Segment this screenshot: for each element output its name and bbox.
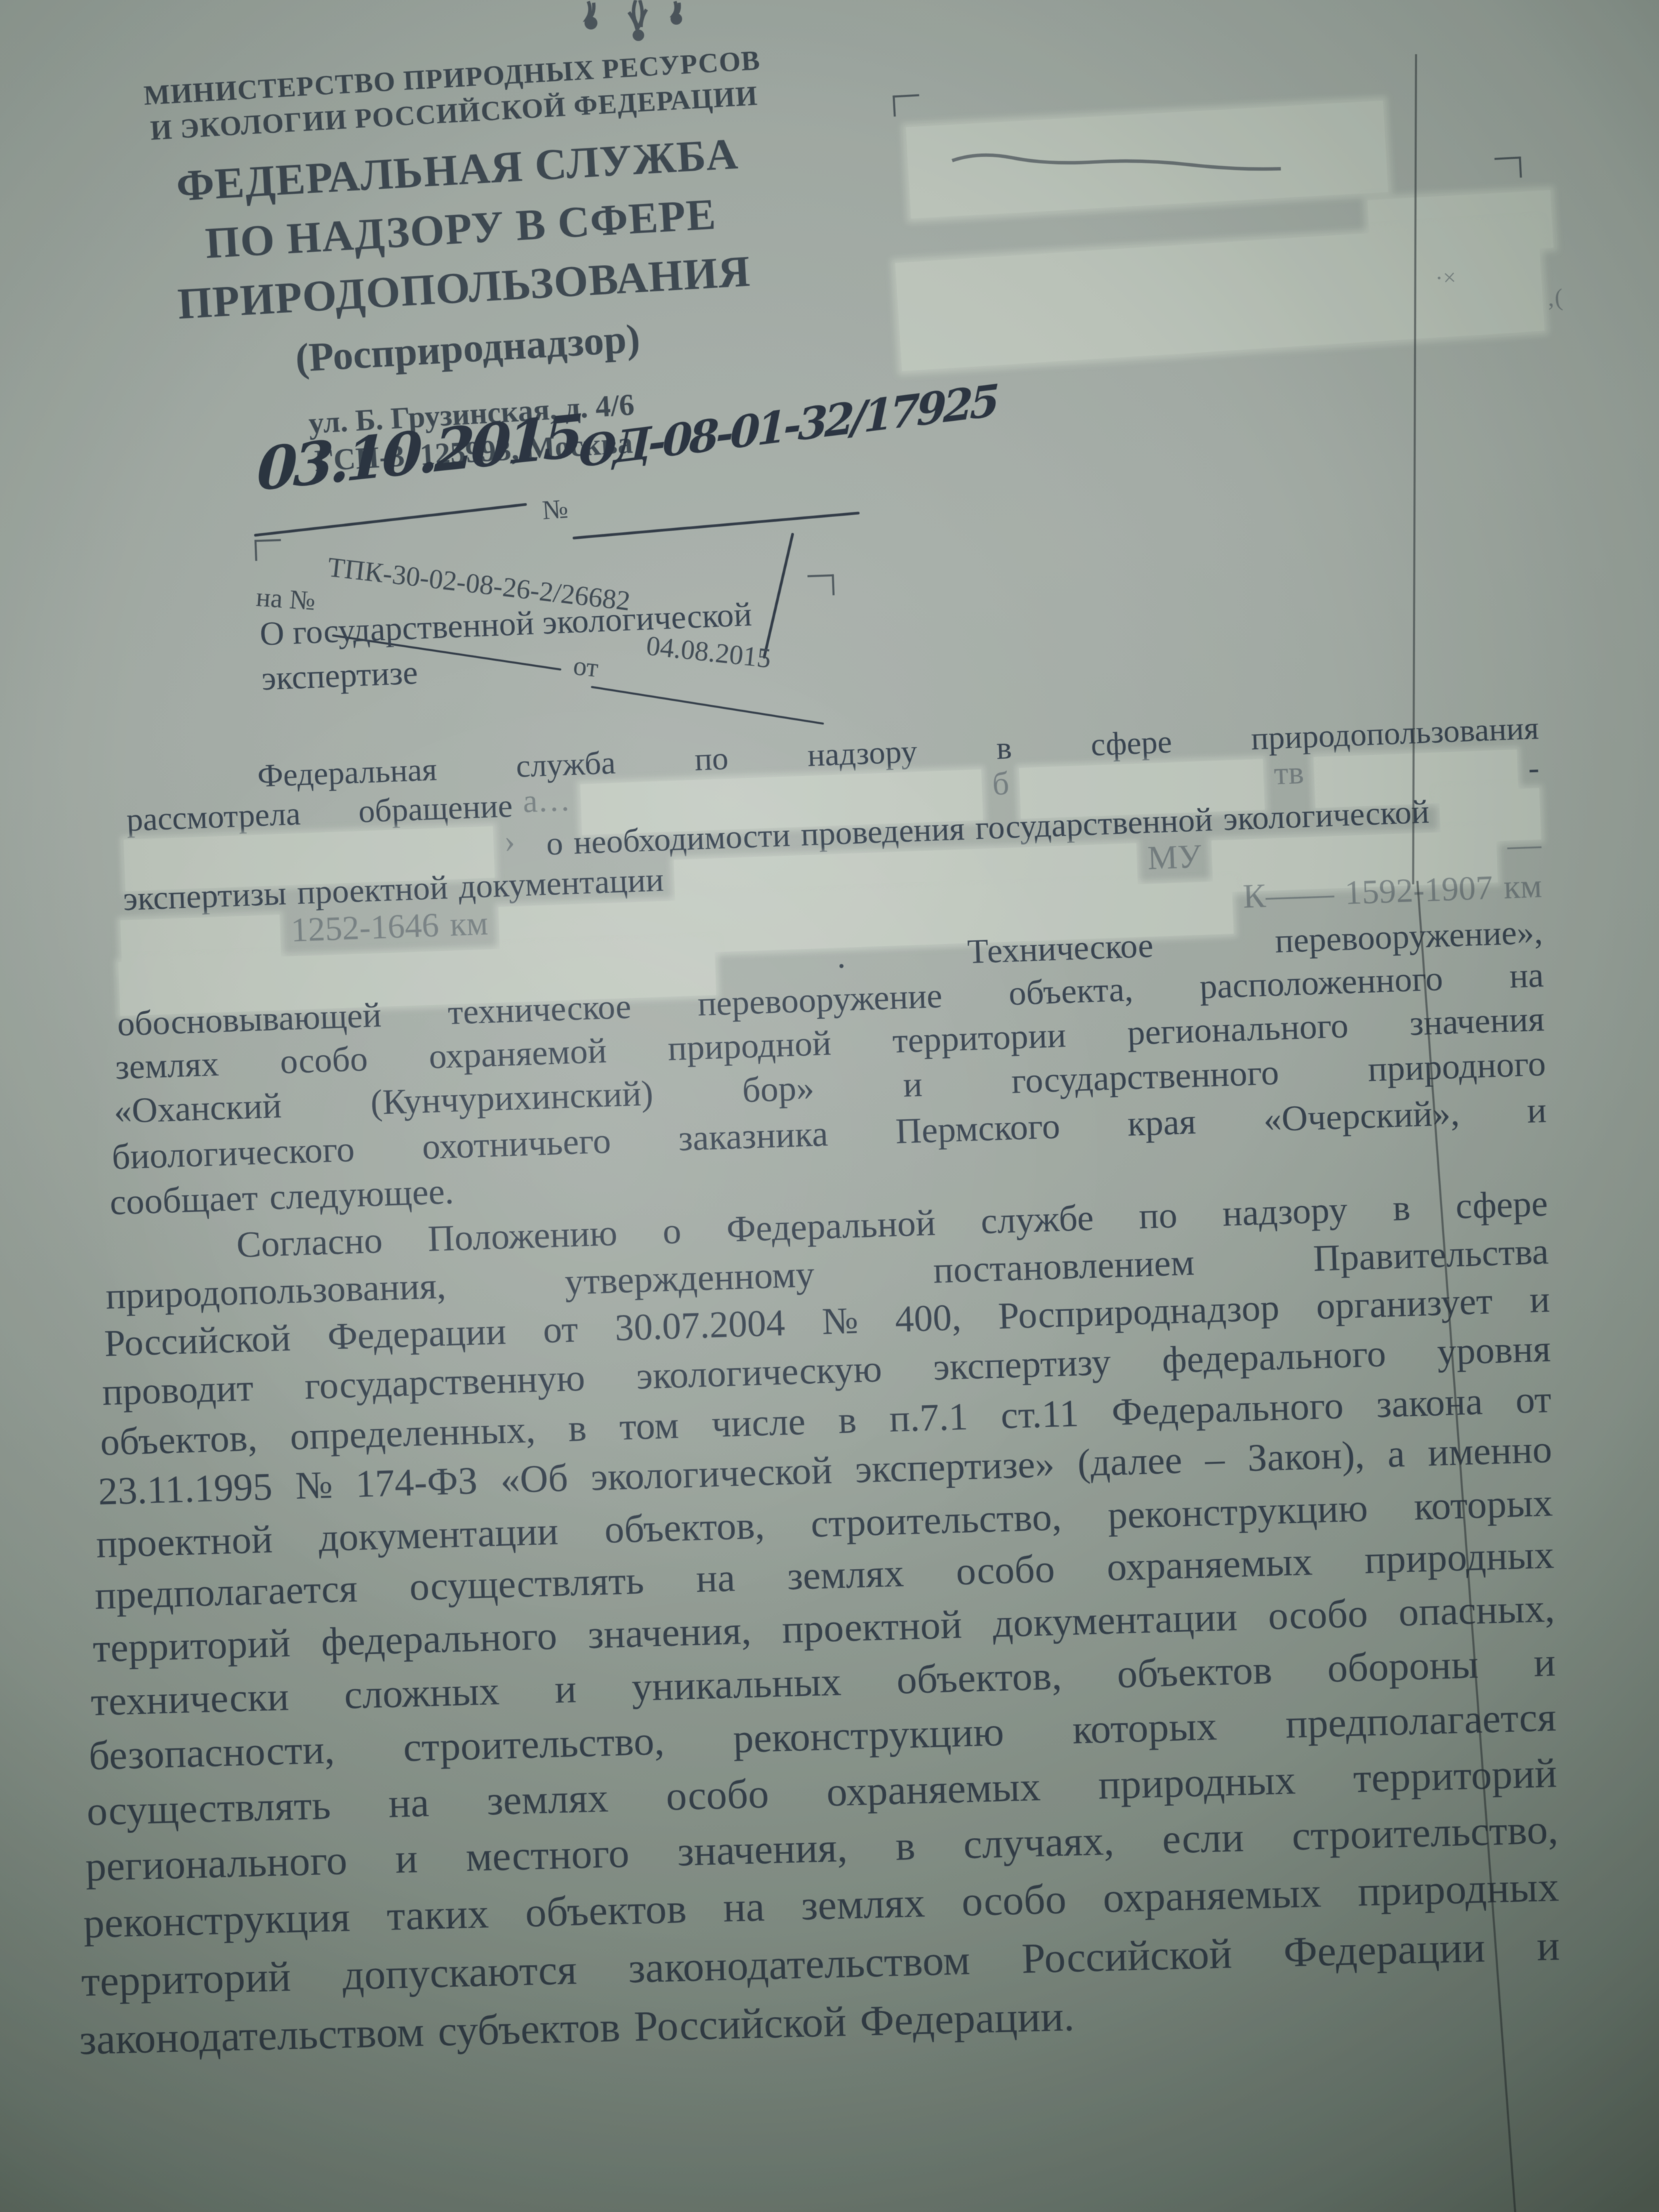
- redaction-ghost-fragment: км: [1503, 866, 1542, 907]
- body-word: в: [568, 1406, 588, 1450]
- body-word: и: [554, 1666, 577, 1713]
- body-word: охраняемых: [1106, 1538, 1313, 1590]
- body-word: сфере: [1090, 723, 1173, 763]
- coat-of-arms-remnant-icon: [576, 0, 691, 53]
- body-word: природных: [1357, 1863, 1559, 1917]
- body-word: на: [722, 1883, 765, 1933]
- handwritten-slash-stroke: [762, 533, 794, 659]
- redaction-ghost-marks-2: ‚(: [1546, 283, 1563, 312]
- body-word: проведения: [800, 809, 966, 854]
- body-word: сфере: [1455, 1182, 1549, 1227]
- subject-corner-mark-right: [807, 574, 834, 596]
- body-word: по: [694, 740, 729, 779]
- redaction-ghost-fragment: тв: [1273, 753, 1305, 792]
- body-word: которых: [1072, 1703, 1218, 1755]
- body-word: ст.11: [1000, 1391, 1080, 1437]
- body-word: объектов: [1116, 1647, 1273, 1698]
- body-word: в: [895, 1822, 916, 1871]
- body-word: на: [388, 1779, 430, 1828]
- body-word: и: [1536, 1921, 1560, 1971]
- body-word: строительство,: [811, 1494, 1063, 1547]
- body-word: и: [1526, 1089, 1547, 1132]
- body-word: местного: [465, 1829, 630, 1881]
- body-word: документации: [319, 1508, 559, 1560]
- body-word: которых: [1414, 1479, 1554, 1529]
- body-word: перевооружение: [697, 976, 943, 1024]
- body-word: в: [1392, 1186, 1411, 1229]
- body-word: на: [695, 1555, 735, 1601]
- body-word: осуществлять: [409, 1557, 644, 1610]
- number-underline: [573, 512, 860, 539]
- body-word: заказника: [678, 1112, 829, 1159]
- body-word: проводит: [102, 1366, 254, 1414]
- body-word: надзору: [806, 733, 918, 774]
- body-word: если: [1162, 1814, 1244, 1864]
- body-word: документации: [992, 1594, 1238, 1647]
- body-word: службе: [981, 1196, 1094, 1242]
- body-word: по: [1139, 1193, 1178, 1237]
- body-word: опасных,: [1398, 1585, 1555, 1636]
- body-word: сложных: [344, 1668, 500, 1719]
- body-word: (далее: [1077, 1439, 1183, 1486]
- body-word: в: [838, 1397, 857, 1442]
- body-word: Техническое: [966, 926, 1153, 972]
- body-word: землях: [115, 1044, 220, 1088]
- body-word: Пермского: [895, 1105, 1061, 1152]
- body-word: природной: [668, 1023, 832, 1069]
- body-word: субъектов: [437, 2002, 621, 2056]
- body-word: –: [1204, 1437, 1225, 1482]
- body-word: Российской: [1021, 1929, 1233, 1984]
- pen-scribble: [949, 146, 1288, 180]
- body-word: и: [1529, 1277, 1551, 1322]
- body-word: необходимости: [573, 815, 792, 862]
- body-word: строительство,: [403, 1717, 665, 1771]
- body-word: №: [295, 1463, 333, 1509]
- body-word: проектной: [781, 1601, 962, 1653]
- body-word: природопользования,: [105, 1264, 447, 1317]
- body-word: сообщает: [109, 1176, 258, 1223]
- body-word: значения,: [676, 1824, 848, 1876]
- reply-date-underline: [591, 686, 824, 724]
- body-word: организует: [1315, 1279, 1493, 1328]
- body-word: природных: [1364, 1532, 1554, 1582]
- redaction-ghost-fragment: К——: [1242, 874, 1334, 916]
- body-word: объектов,: [100, 1416, 258, 1465]
- body-word: обосновывающей: [117, 995, 382, 1044]
- body-word: объектов,: [896, 1652, 1063, 1704]
- body-word: природных: [1098, 1756, 1296, 1809]
- body-word: надзору: [1222, 1188, 1348, 1235]
- body-word: предполагается: [94, 1565, 358, 1618]
- subject-corner-mark-left: [254, 539, 281, 560]
- body-word: Правительства: [1313, 1229, 1549, 1279]
- body-word: а: [1387, 1432, 1406, 1477]
- body-word: реконструкцию: [733, 1708, 1004, 1763]
- redaction-ghost-marks: ·×: [1435, 265, 1456, 292]
- body-word: объектов: [525, 1885, 687, 1938]
- body-word: экологической: [1223, 792, 1430, 838]
- body-word: охраняемой: [428, 1031, 607, 1078]
- body-word: определенных,: [289, 1407, 536, 1458]
- body-word: экспертизы: [122, 874, 287, 919]
- body-word: биологического: [111, 1128, 355, 1178]
- body-word: федерального: [1162, 1332, 1387, 1382]
- body-word: безопасности,: [88, 1726, 335, 1780]
- document-content: МИНИСТЕРСТВО ПРИРОДНЫХ РЕСУРСОВ И ЭКОЛОГ…: [0, 0, 1659, 2212]
- body-word: о: [546, 824, 564, 863]
- body-word: 23.11.1995: [98, 1465, 273, 1514]
- body-word: экспертизу: [933, 1340, 1111, 1389]
- redaction-addressee-2: [895, 222, 1544, 371]
- body-word: Росприроднадзор: [997, 1286, 1279, 1338]
- body-word: 30.07.2004: [614, 1301, 785, 1350]
- body-word: допускаются: [342, 1945, 578, 2000]
- body-word: бор»: [741, 1068, 815, 1111]
- body-word: Федерации: [1283, 1923, 1486, 1977]
- body-word: законодательством: [628, 1935, 970, 1992]
- body-word: постановлением: [933, 1240, 1195, 1291]
- body-word: №: [821, 1299, 859, 1344]
- body-word: закона: [1376, 1379, 1483, 1427]
- body-word: особо: [961, 1875, 1067, 1927]
- body-word: «Оханский: [113, 1086, 282, 1132]
- body-word: Российской: [104, 1317, 291, 1366]
- body-word: края: [1127, 1100, 1197, 1144]
- redaction-ghost-fragment: ––: [1507, 825, 1542, 865]
- redaction-ghost-fragment: ›: [504, 821, 516, 861]
- body-word: территории: [892, 1015, 1067, 1062]
- body-word: технически: [90, 1673, 289, 1725]
- body-word: именно: [1427, 1428, 1553, 1475]
- paper-sheet: МИНИСТЕРСТВО ПРИРОДНЫХ РЕСУРСОВ И ЭКОЛОГ…: [0, 0, 1659, 2212]
- body-word: служба: [515, 744, 616, 785]
- body-word: -: [1528, 748, 1540, 787]
- body-word: Положению: [427, 1211, 618, 1260]
- body-word: федерального: [321, 1612, 558, 1666]
- body-word: землях: [487, 1774, 609, 1826]
- body-word: Федерации.: [859, 1991, 1075, 2047]
- body-word: от: [1515, 1377, 1552, 1422]
- body-word: особо: [1267, 1590, 1368, 1639]
- body-word: о: [662, 1209, 682, 1252]
- body-word: осуществлять: [86, 1781, 331, 1835]
- body-word: территорий: [1353, 1749, 1557, 1803]
- body-word: п.7.1: [888, 1395, 968, 1441]
- body-word: особо: [955, 1546, 1054, 1594]
- body-word: государственную: [304, 1356, 586, 1408]
- body-word: землях: [786, 1550, 904, 1599]
- body-word: реконструкция: [83, 1893, 350, 1948]
- body-word: обороны: [1327, 1641, 1479, 1692]
- redaction-ghost-fragment: МУ: [1147, 837, 1202, 878]
- body-word: Закон),: [1247, 1433, 1365, 1481]
- body-word: экологическую: [636, 1347, 882, 1398]
- body-word: реконструкцию: [1107, 1485, 1369, 1538]
- body-word: от: [542, 1308, 578, 1353]
- body-word: законодательством: [79, 2007, 425, 2065]
- body-word: землях: [800, 1879, 926, 1931]
- body-word: природного: [1367, 1044, 1546, 1090]
- subject-block: О государственной экологической эксперти…: [259, 592, 754, 701]
- body-word: обращение: [358, 787, 513, 830]
- body-word: экспертизе»: [855, 1442, 1055, 1492]
- body-word: 174-ФЗ: [355, 1459, 478, 1507]
- body-word: регионального: [85, 1837, 348, 1891]
- body-word: числе: [711, 1399, 806, 1446]
- body-word: Федеральная: [257, 751, 438, 795]
- body-word: рассмотрела: [126, 794, 302, 838]
- body-word: и: [394, 1835, 418, 1883]
- body-word: «Об: [500, 1456, 569, 1502]
- body-word: Федерации: [327, 1310, 506, 1359]
- body-word: и: [902, 1064, 922, 1105]
- body-word: уникальных: [631, 1658, 842, 1711]
- photographed-document: МИНИСТЕРСТВО ПРИРОДНЫХ РЕСУРСОВ И ЭКОЛОГ…: [0, 0, 1659, 2212]
- body-word: «Очерский»,: [1263, 1092, 1460, 1140]
- body-word: объектов,: [604, 1502, 765, 1552]
- body-word: государственного: [1010, 1052, 1279, 1102]
- body-word: на: [1509, 955, 1544, 996]
- body-word: значения,: [587, 1607, 752, 1659]
- body-word: (Кунчурихинский): [369, 1073, 653, 1124]
- addressee-corner-mark-left: [893, 94, 920, 117]
- number-label: №: [541, 493, 569, 527]
- body-word: экологической: [590, 1449, 833, 1500]
- body-word: объекта,: [1008, 969, 1134, 1013]
- body-word: следующее.: [269, 1170, 455, 1218]
- body-word: том: [619, 1403, 680, 1449]
- body-word: проектной: [96, 1516, 273, 1566]
- body-word: охраняемых: [1102, 1868, 1322, 1923]
- redaction-ghost-fragment: 1252-1646: [290, 905, 439, 950]
- body-word: техническое: [447, 987, 632, 1033]
- body-word: утвержденному: [565, 1252, 815, 1303]
- date-underline: [254, 503, 527, 537]
- redaction-ghost-fragment: б: [991, 764, 1010, 802]
- body-word: .: [836, 937, 846, 976]
- body-word: Согласно: [236, 1218, 383, 1266]
- body-word: Федеральной: [726, 1201, 936, 1250]
- body-word: документации: [457, 861, 664, 907]
- addressee-corner-mark-right: [1494, 157, 1522, 179]
- body-word: и: [1533, 1639, 1556, 1687]
- redaction-ghost-fragment: а…: [523, 780, 571, 820]
- body-word: таких: [386, 1889, 489, 1941]
- body-word: случаях,: [962, 1817, 1114, 1869]
- body-word: предполагается: [1285, 1694, 1557, 1748]
- body-word: особо: [280, 1039, 369, 1082]
- body-word: расположенного: [1199, 959, 1443, 1007]
- body-word: в: [996, 729, 1012, 767]
- body-word: особо: [665, 1770, 769, 1821]
- body-word: территорий: [92, 1620, 291, 1672]
- body-word: 400,: [894, 1296, 962, 1341]
- body-word: строительство,: [1291, 1805, 1559, 1860]
- body-word: территорий: [81, 1952, 291, 2007]
- body-word: регионального: [1127, 1006, 1349, 1054]
- body-word: охраняемых: [826, 1763, 1042, 1816]
- body-word: охотничьего: [422, 1120, 612, 1168]
- redaction-ghost-fragment: км: [449, 903, 488, 944]
- body-word: Федерального: [1111, 1383, 1344, 1434]
- body-word: Российской: [634, 1996, 847, 2051]
